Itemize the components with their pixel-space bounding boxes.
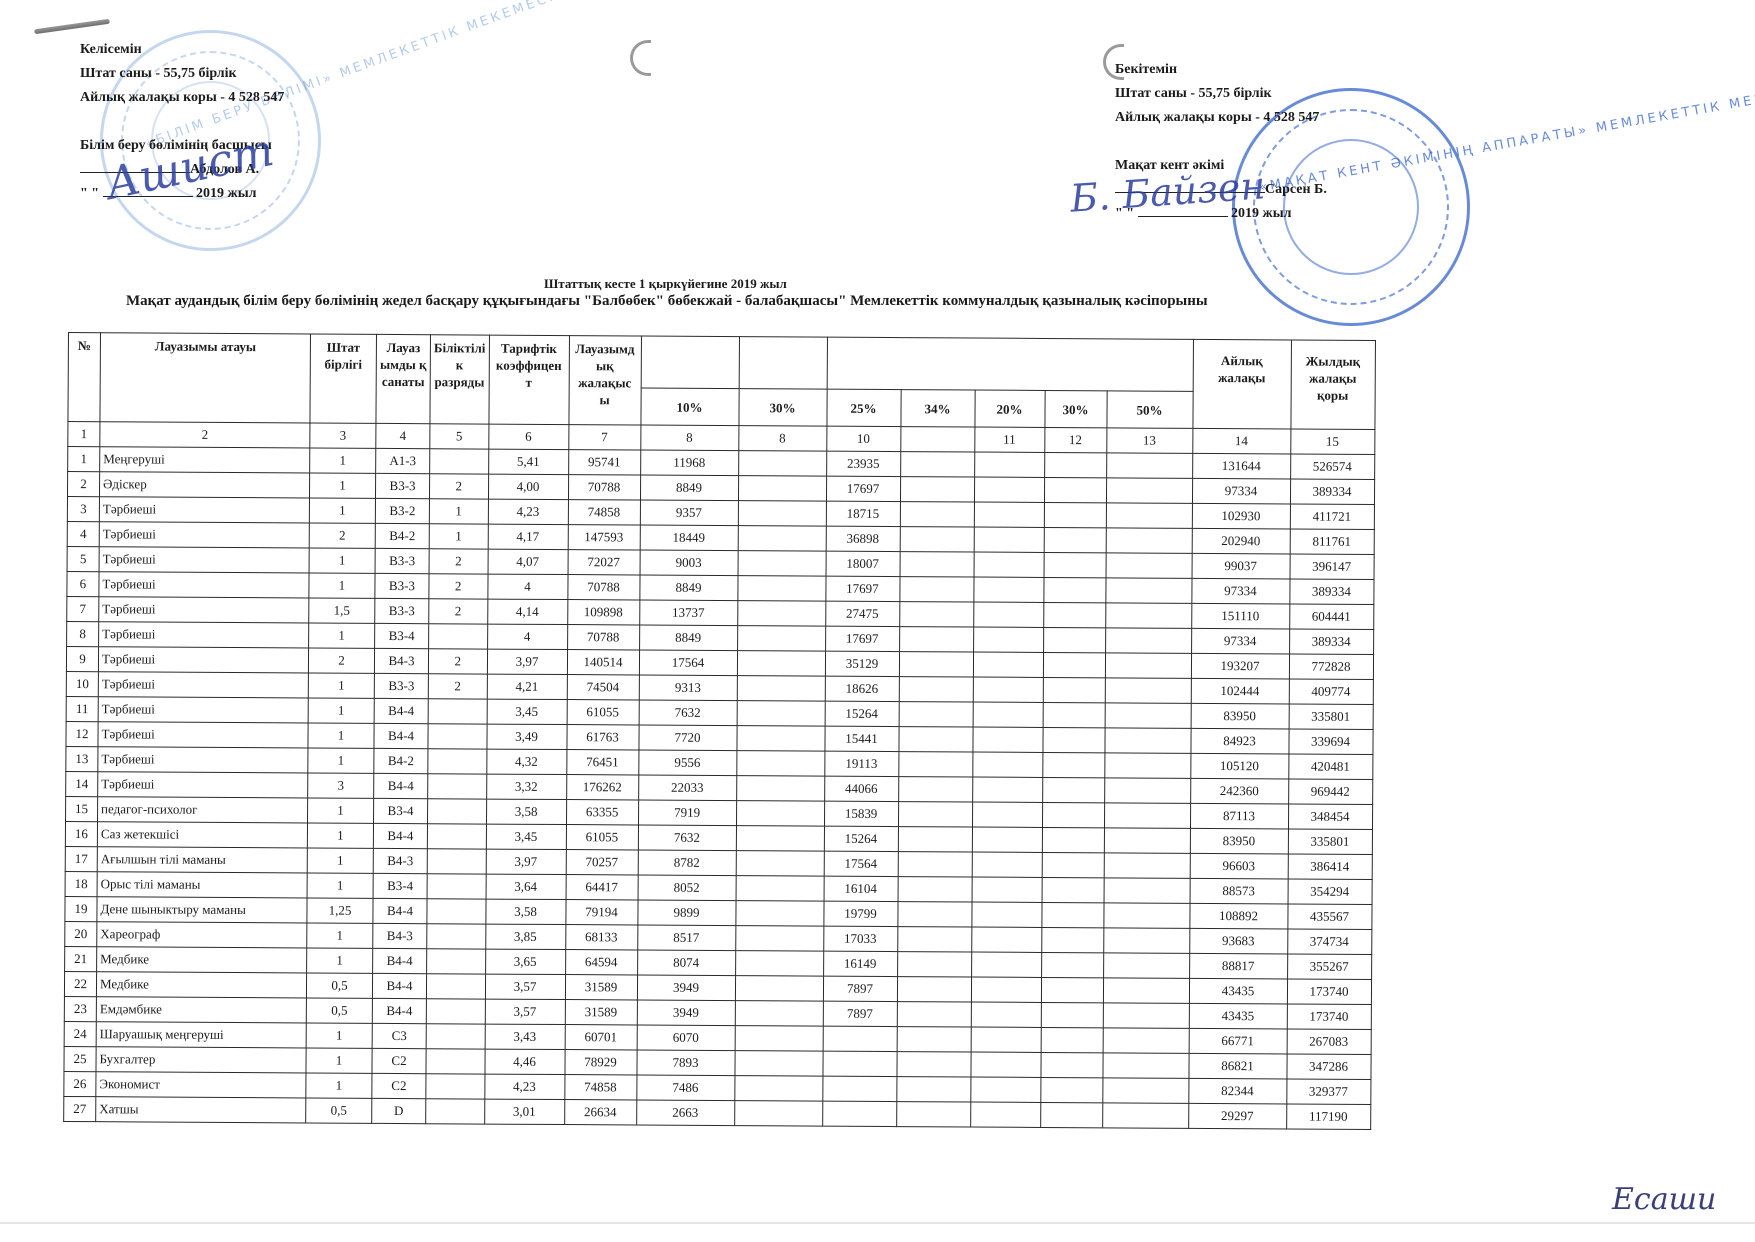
cell-p30 <box>737 651 825 677</box>
cell-cat: B4-4 <box>373 898 427 923</box>
cell-no: 1 <box>68 447 100 472</box>
monthly-fund: Айлық жалақы коры - 4 528 547 <box>1115 106 1327 130</box>
cell-p30 <box>737 576 825 602</box>
cell-coef: 4,46 <box>484 1049 564 1074</box>
cell-p34 <box>897 952 971 977</box>
cell-annual: 117190 <box>1286 1104 1370 1130</box>
cell-grade <box>426 999 485 1024</box>
cell-p34 <box>899 702 973 727</box>
cell-p30 <box>738 476 826 502</box>
cell-p25: 15264 <box>825 701 899 726</box>
cell-p30 <box>736 876 824 902</box>
cell-units: 1 <box>308 798 374 823</box>
cell-annual: 374734 <box>1287 929 1371 955</box>
cell-p30 <box>735 926 823 952</box>
cell-p10: 8052 <box>638 875 736 901</box>
cell-salary: 147593 <box>568 525 640 550</box>
cell-grade <box>426 1049 485 1074</box>
cell-p10: 9357 <box>640 500 738 526</box>
cell-cat: B4-2 <box>375 523 429 548</box>
cell-p50 <box>1106 553 1192 579</box>
cell-p30 <box>736 851 824 877</box>
cell-monthly: 82344 <box>1188 1078 1286 1104</box>
cell-p25: 17564 <box>824 851 898 876</box>
cell-monthly: 102444 <box>1191 678 1289 704</box>
cell-p34 <box>896 1052 970 1077</box>
cell-name: Хареограф <box>97 922 307 948</box>
cell-p34 <box>897 977 971 1002</box>
cell-salary: 140514 <box>567 650 639 675</box>
cell-cat: B3-4 <box>374 798 428 823</box>
col-header-blank-group <box>827 337 1193 391</box>
cell-cat: B4-4 <box>374 723 428 748</box>
cell-annual: 173740 <box>1287 979 1371 1005</box>
cell-name: Тәрбиеші <box>99 597 309 623</box>
cell-monthly: 88573 <box>1190 878 1288 904</box>
cell-grade <box>428 724 487 749</box>
col-header-pct: 20% <box>974 390 1044 427</box>
column-number: 12 <box>1044 427 1106 452</box>
cell-cat: C3 <box>372 1023 426 1048</box>
cell-p30b <box>1042 877 1104 902</box>
cell-grade <box>429 624 488 649</box>
cell-monthly: 96603 <box>1190 853 1288 879</box>
cell-name: Медбике <box>96 972 306 998</box>
cell-p30 <box>735 1001 823 1027</box>
cell-p30 <box>736 751 824 777</box>
cell-p30 <box>734 1101 822 1127</box>
cell-grade: 2 <box>429 574 488 599</box>
col-header-blank <box>739 337 827 390</box>
cell-p20 <box>970 1052 1040 1077</box>
cell-salary: 64417 <box>566 875 638 900</box>
cell-grade <box>426 1024 485 1049</box>
cell-p50 <box>1102 1103 1188 1129</box>
cell-p30b <box>1042 752 1104 777</box>
cell-salary: 70788 <box>567 575 639 600</box>
cell-coef: 5,41 <box>488 449 568 474</box>
cell-units: 1 <box>306 1073 372 1098</box>
cell-cat: B4-4 <box>373 823 427 848</box>
cell-units: 1 <box>307 873 373 898</box>
cell-grade <box>426 1099 485 1124</box>
cell-coef: 3,58 <box>486 799 566 824</box>
cell-cat: B4-3 <box>373 923 427 948</box>
cell-monthly: 151110 <box>1191 603 1289 629</box>
cell-annual: 409774 <box>1289 679 1373 705</box>
cell-p50 <box>1106 528 1192 554</box>
cell-p30b <box>1043 702 1105 727</box>
cell-coef: 3,65 <box>485 949 565 974</box>
cell-p25: 19113 <box>824 751 898 776</box>
cell-units: 1 <box>306 1023 372 1048</box>
cell-p34 <box>897 1027 971 1052</box>
cell-p30 <box>737 676 825 702</box>
cell-name: Әдіскер <box>99 472 309 498</box>
cell-p10: 3949 <box>637 975 735 1001</box>
cell-coef: 3,58 <box>485 899 565 924</box>
cell-cat: A1-3 <box>376 448 430 473</box>
cell-p50 <box>1103 1003 1189 1029</box>
cell-grade <box>427 949 486 974</box>
cell-coef: 3,32 <box>486 774 566 799</box>
cell-name: Тәрбиеші <box>99 622 309 648</box>
cell-p25: 44066 <box>824 776 898 801</box>
cell-p20 <box>973 652 1043 677</box>
cell-name: Саз жетекшісі <box>97 822 307 848</box>
cell-p34 <box>900 527 974 552</box>
column-number: 5 <box>430 424 489 449</box>
cell-p50 <box>1104 778 1190 804</box>
cell-name: Тәрбиеші <box>98 722 308 748</box>
cell-salary: 61055 <box>567 700 639 725</box>
cell-p50 <box>1104 803 1190 829</box>
cell-p30 <box>736 726 824 752</box>
cell-no: 6 <box>67 571 99 596</box>
cell-coef: 4,32 <box>486 749 566 774</box>
cell-p20 <box>970 1077 1040 1102</box>
column-number: 14 <box>1192 428 1290 454</box>
cell-annual: 347286 <box>1286 1054 1370 1080</box>
cell-p20 <box>973 577 1043 602</box>
cell-p25: 7897 <box>823 976 897 1001</box>
cell-p10: 8849 <box>640 475 738 501</box>
cell-p30 <box>738 451 826 477</box>
cell-coef: 3,85 <box>485 924 565 949</box>
cell-annual: 969442 <box>1288 779 1372 805</box>
cell-no: 12 <box>66 721 98 746</box>
cell-coef: 3,57 <box>485 974 565 999</box>
cell-p30b <box>1041 1002 1103 1027</box>
cell-cat: B3-3 <box>375 598 429 623</box>
cell-units: 3 <box>308 773 374 798</box>
cell-name: Тәрбиеші <box>99 497 309 523</box>
cell-p25: 23935 <box>826 451 900 476</box>
cell-monthly: 66771 <box>1189 1028 1287 1054</box>
cell-p20 <box>972 877 1042 902</box>
cell-units: 1,5 <box>309 598 375 623</box>
cell-coef: 4 <box>487 624 567 649</box>
cell-p34 <box>899 602 973 627</box>
cell-annual: 526574 <box>1290 454 1374 480</box>
cell-salary: 74504 <box>567 675 639 700</box>
cell-p10: 3949 <box>637 1000 735 1026</box>
cell-p50 <box>1102 1078 1188 1104</box>
cell-coef: 4 <box>487 574 567 599</box>
cell-p30b <box>1043 577 1105 602</box>
cell-no: 25 <box>64 1046 96 1071</box>
cell-p25: 15264 <box>824 826 898 851</box>
cell-p50 <box>1105 703 1191 729</box>
cell-p20 <box>973 627 1043 652</box>
cell-name: Бухгалтер <box>96 1047 306 1073</box>
cell-annual: 386414 <box>1288 854 1372 880</box>
cell-p30b <box>1041 927 1103 952</box>
cell-p30 <box>738 501 826 527</box>
cell-units: 1 <box>308 723 374 748</box>
column-number: 1 <box>68 422 100 447</box>
cell-p30b <box>1041 952 1103 977</box>
cell-cat: D <box>372 1098 426 1123</box>
cell-p25 <box>822 1101 896 1126</box>
col-header-grade: Біліктілі к разряды <box>430 335 489 424</box>
staple-mark <box>34 19 110 35</box>
col-header-annual: Жылдық жалақы қоры <box>1290 340 1375 430</box>
cell-p34 <box>900 477 974 502</box>
cell-p30 <box>737 701 825 727</box>
cell-p30b <box>1044 477 1106 502</box>
cell-annual: 772828 <box>1289 654 1373 680</box>
cell-p30b <box>1044 527 1106 552</box>
cell-cat: B4-4 <box>373 948 427 973</box>
cell-grade <box>428 699 487 724</box>
cell-no: 4 <box>67 521 99 546</box>
cell-p20 <box>972 802 1042 827</box>
cell-p20 <box>971 977 1041 1002</box>
cell-p10: 9003 <box>640 550 738 576</box>
cell-annual: 604441 <box>1289 604 1373 630</box>
cell-grade: 2 <box>428 674 487 699</box>
cell-no: 5 <box>67 546 99 571</box>
cell-salary: 74858 <box>568 500 640 525</box>
cell-name: Тәрбиеші <box>99 572 309 598</box>
cell-salary: 31589 <box>565 975 637 1000</box>
cell-annual: 335801 <box>1288 829 1372 855</box>
cell-monthly: 83950 <box>1191 703 1289 729</box>
cell-p10: 17564 <box>639 650 737 676</box>
cell-cat: B4-3 <box>373 848 427 873</box>
cell-p10: 6070 <box>637 1025 735 1051</box>
cell-salary: 70788 <box>568 475 640 500</box>
cell-p50 <box>1106 503 1192 529</box>
cell-p25 <box>822 1076 896 1101</box>
cell-p50 <box>1104 828 1190 854</box>
cell-cat: B3-3 <box>375 473 429 498</box>
cell-p20 <box>972 727 1042 752</box>
cell-p20 <box>971 902 1041 927</box>
cell-p30b <box>1043 602 1105 627</box>
cell-grade <box>428 799 487 824</box>
col-header-pct: 30% <box>1044 390 1106 427</box>
cell-p34 <box>898 852 972 877</box>
cell-units: 1 <box>306 1048 372 1073</box>
cell-coef: 4,23 <box>484 1074 564 1099</box>
cell-cat: B3-3 <box>374 673 428 698</box>
cell-cat: B4-4 <box>372 998 426 1023</box>
cell-p30 <box>734 1076 822 1102</box>
cell-annual: 389334 <box>1289 579 1373 605</box>
cell-p34 <box>897 902 971 927</box>
cell-no: 17 <box>65 846 97 871</box>
cell-cat: B4-4 <box>374 773 428 798</box>
cell-p34 <box>900 552 974 577</box>
cell-grade: 2 <box>429 474 488 499</box>
cell-p25: 7897 <box>823 1001 897 1026</box>
col-header-no: № <box>68 333 101 422</box>
cell-monthly: 99037 <box>1192 553 1290 579</box>
column-number: 4 <box>376 423 430 448</box>
cell-p34 <box>900 452 974 477</box>
cell-p50 <box>1104 728 1190 754</box>
cell-name: Тәрбиеші <box>98 747 308 773</box>
cell-cat: B4-2 <box>374 748 428 773</box>
cell-p50 <box>1104 853 1190 879</box>
cell-p30 <box>735 1026 823 1052</box>
cell-no: 9 <box>66 646 98 671</box>
cell-salary: 76451 <box>566 750 638 775</box>
cell-coef: 4,07 <box>488 549 568 574</box>
col-header-pct: 30% <box>738 389 826 427</box>
cell-p10: 7893 <box>636 1050 734 1076</box>
cell-grade <box>428 749 487 774</box>
cell-no: 15 <box>66 796 98 821</box>
cell-p10: 8782 <box>638 850 736 876</box>
cell-grade <box>426 974 485 999</box>
cell-salary: 31589 <box>565 1000 637 1025</box>
cell-p25: 19799 <box>823 901 897 926</box>
signatory-name: Сарсен Б. <box>1265 182 1327 197</box>
cell-no: 26 <box>64 1071 96 1096</box>
cell-annual: 173740 <box>1287 1004 1371 1030</box>
cell-no: 7 <box>67 596 99 621</box>
cell-grade <box>427 849 486 874</box>
cell-salary: 79194 <box>565 900 637 925</box>
cell-p30b <box>1042 852 1104 877</box>
document-title: Штаттық кесте 1 қыркүйегине 2019 жыл <box>544 276 787 292</box>
approval-heading: Келісемін <box>80 38 284 62</box>
cell-units: 1 <box>309 548 375 573</box>
cell-annual: 348454 <box>1288 804 1372 830</box>
cell-p34 <box>898 802 972 827</box>
cell-p50 <box>1106 478 1192 504</box>
cell-monthly: 202940 <box>1192 528 1290 554</box>
column-number: 7 <box>568 425 640 450</box>
cell-p50 <box>1106 453 1192 479</box>
col-header-pct: 10% <box>640 388 738 426</box>
cell-p25: 15839 <box>824 801 898 826</box>
cell-no: 27 <box>64 1096 96 1121</box>
cell-monthly: 105120 <box>1190 753 1288 779</box>
cell-p10: 8517 <box>637 925 735 951</box>
cell-units: 1 <box>309 623 375 648</box>
cell-units: 1 <box>307 923 373 948</box>
cell-p10: 22033 <box>638 775 736 801</box>
column-number <box>900 427 974 452</box>
cell-p30 <box>738 551 826 577</box>
cell-grade: 1 <box>429 499 488 524</box>
cell-p20 <box>974 552 1044 577</box>
cell-units: 1 <box>309 573 375 598</box>
cell-p50 <box>1104 753 1190 779</box>
cell-monthly: 97334 <box>1191 578 1289 604</box>
column-number: 11 <box>974 427 1044 452</box>
cell-p50 <box>1105 653 1191 679</box>
cell-salary: 78929 <box>564 1050 636 1075</box>
cell-p20 <box>973 702 1043 727</box>
cell-p25: 17033 <box>823 926 897 951</box>
cell-p10: 7919 <box>638 800 736 826</box>
cell-p34 <box>900 502 974 527</box>
cell-cat: B3-2 <box>375 498 429 523</box>
cell-monthly: 29297 <box>1188 1103 1286 1129</box>
handwritten-initials: Есаши <box>1612 1182 1716 1217</box>
cell-annual: 811761 <box>1290 529 1374 555</box>
cell-p10: 9313 <box>639 675 737 701</box>
cell-p20 <box>974 527 1044 552</box>
cell-annual: 411721 <box>1290 504 1374 530</box>
cell-monthly: 193207 <box>1191 653 1289 679</box>
col-header-salary: Лауазымд ық жалақыс ы <box>568 336 641 425</box>
cell-p30 <box>735 951 823 977</box>
cell-monthly: 131644 <box>1192 453 1290 479</box>
cell-units: 1 <box>308 673 374 698</box>
cell-name: Ағылшын тілі маманы <box>97 847 307 873</box>
cell-units: 1,25 <box>307 898 373 923</box>
cell-salary: 61055 <box>566 825 638 850</box>
cell-p20 <box>971 952 1041 977</box>
cell-monthly: 84923 <box>1190 728 1288 754</box>
cell-salary: 70257 <box>566 850 638 875</box>
cell-cat: B4-4 <box>372 973 426 998</box>
cell-p34 <box>898 777 972 802</box>
cell-p30 <box>735 976 823 1002</box>
cell-p20 <box>972 777 1042 802</box>
cell-cat: B3-3 <box>375 548 429 573</box>
cell-no: 21 <box>65 946 97 971</box>
cell-units: 1 <box>309 498 375 523</box>
cell-p10: 8074 <box>637 950 735 976</box>
cell-no: 13 <box>66 746 98 771</box>
cell-p10: 7720 <box>638 725 736 751</box>
staff-count: Штат саны - 55,75 бірлік <box>80 62 284 86</box>
cell-p25: 27475 <box>825 601 899 626</box>
cell-p25: 18007 <box>826 551 900 576</box>
cell-annual: 339694 <box>1288 729 1372 755</box>
cell-p20 <box>973 602 1043 627</box>
cell-units: 1 <box>307 948 373 973</box>
cell-salary: 64594 <box>565 950 637 975</box>
cell-p30 <box>735 901 823 927</box>
cell-units: 0,5 <box>306 973 372 998</box>
cell-salary: 26634 <box>564 1100 636 1125</box>
cell-cat: B3-4 <box>375 623 429 648</box>
cell-p10: 7632 <box>639 700 737 726</box>
cell-salary: 68133 <box>565 925 637 950</box>
cell-monthly: 87113 <box>1190 803 1288 829</box>
cell-p25: 18626 <box>825 676 899 701</box>
cell-monthly: 108892 <box>1189 903 1287 929</box>
cell-grade <box>427 824 486 849</box>
cell-cat: B4-3 <box>374 648 428 673</box>
col-header-pct: 50% <box>1106 391 1192 429</box>
cell-no: 16 <box>65 821 97 846</box>
cell-p30b <box>1042 777 1104 802</box>
cell-coef: 4,17 <box>488 524 568 549</box>
cell-p34 <box>898 827 972 852</box>
cell-grade <box>427 899 486 924</box>
cell-name: Тәрбиеші <box>99 522 309 548</box>
cell-coef: 4,23 <box>488 499 568 524</box>
cell-p50 <box>1105 603 1191 629</box>
column-number: 6 <box>488 424 568 449</box>
cell-p30 <box>736 801 824 827</box>
cell-p20 <box>972 827 1042 852</box>
cell-annual: 354294 <box>1288 879 1372 905</box>
cell-cat: B4-4 <box>374 698 428 723</box>
cell-name: Шаруашық меңгеруші <box>96 1022 306 1048</box>
document-subtitle: Мақат аудандық білім беру бөлімінің жеде… <box>126 293 1208 310</box>
cell-p34 <box>897 1002 971 1027</box>
